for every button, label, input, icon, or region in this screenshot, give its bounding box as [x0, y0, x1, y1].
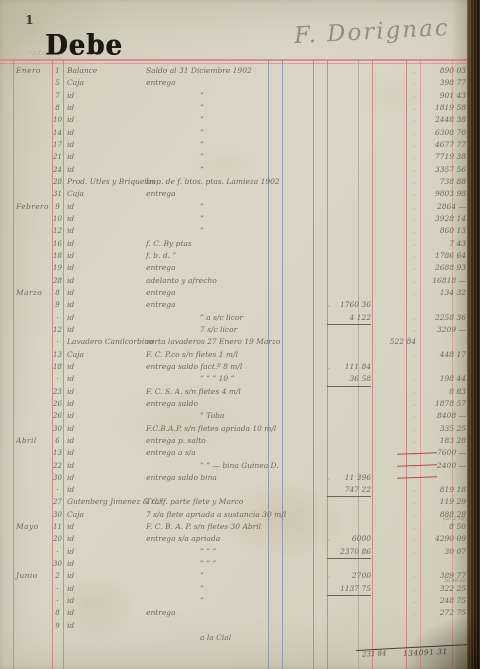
day-number: 9: [51, 201, 64, 213]
header-rule-bottom: [0, 63, 467, 64]
amount: 7600 —: [423, 447, 466, 459]
tick-mark: ,: [409, 324, 420, 336]
tick-mark: ,: [409, 398, 420, 410]
account-name: id: [67, 139, 145, 151]
day-number: ·: [51, 336, 64, 348]
account-name: id: [67, 435, 145, 447]
account-name: id: [67, 595, 145, 607]
day-number: 30: [51, 423, 64, 435]
ledger-row: 26 id ” Toba , 8408 —: [0, 410, 480, 422]
ledger-row: 30 id ” ” ”: [0, 558, 480, 570]
tick-mark: ,: [409, 90, 420, 102]
tick-mark: ,: [409, 213, 420, 225]
entry-description: ”: [146, 102, 386, 114]
ledger-row: 20 id entrega s/a apriada , 6000 , 4290 …: [0, 533, 480, 545]
day-number: 26: [51, 410, 64, 422]
amount: 7719 38: [423, 151, 466, 163]
total-sub-amount: 231 84: [362, 649, 387, 658]
tick-mark: ,: [409, 386, 420, 398]
account-name: id: [67, 546, 145, 558]
day-number: 19: [51, 262, 64, 274]
tick-mark: ,: [409, 460, 420, 472]
entry-description: entrega: [146, 287, 332, 299]
tick-mark: ,: [409, 373, 420, 385]
tick-mark: ,: [409, 250, 420, 262]
sub-amount: 36 58: [327, 373, 371, 386]
tick-mark: ,: [409, 312, 420, 324]
ledger-row: 16 id f. C. By ptas , 7 43: [0, 238, 480, 250]
entry-description: zorta lavaderos 27 Enero 19 Marzo: [146, 336, 332, 348]
amount: 4290 09: [423, 533, 466, 545]
tick-mark: ,: [409, 262, 420, 274]
amount: 134 32: [423, 287, 466, 299]
amount: 2258 36: [423, 312, 466, 324]
ledger-row: 27 Gutenberg Jimenez & C.ª Trasf. parte …: [0, 496, 480, 508]
tick-mark: ,: [409, 607, 420, 619]
day-number: 17: [51, 139, 64, 151]
amount: 322 25: [423, 583, 466, 595]
sub-amount: 2370 86: [327, 546, 371, 559]
amount: 2400 —: [423, 460, 466, 472]
account-name: Caja: [67, 188, 145, 200]
account-name: id: [67, 102, 145, 114]
tick-mark: ,: [409, 127, 420, 139]
ledger-row: Febrero 9 id ” , 2864 —: [0, 201, 480, 213]
entry-description: ”: [146, 114, 386, 126]
tick-mark: ,: [409, 496, 420, 508]
day-number: 22: [51, 460, 64, 472]
entry-description: Trasf. parte flete y Marco: [146, 496, 332, 508]
account-name: id: [67, 127, 145, 139]
account-name: id: [67, 225, 145, 237]
ledger-row: · id 747 22 , 819 18: [0, 484, 480, 496]
ledger-row: 13 id entrega a s/a , 7600 —: [0, 447, 480, 459]
day-number: 14: [51, 127, 64, 139]
entry-description: entrega saldo bina: [146, 472, 332, 484]
ledger-row: 31 Caja entrega , 9803 98: [0, 188, 480, 200]
ledger-row: 26 id entrega saldo , 1878 57: [0, 398, 480, 410]
sub-amount: 6000: [327, 533, 371, 545]
day-number: 6: [51, 435, 64, 447]
day-number: 23: [51, 386, 64, 398]
tick-mark: ,: [409, 484, 420, 496]
tick-mark: ,: [409, 201, 420, 213]
ledger-row: 5 Caja entrega , 398 77: [0, 77, 480, 89]
ledger-row: Abril 6 id entrega p. salto , 183 28: [0, 435, 480, 447]
entry-description: entrega p. salto: [146, 435, 332, 447]
ledger-row: · id ” , 248 75: [0, 595, 480, 607]
entry-description: entrega s/a apriada: [146, 533, 332, 545]
tick-mark: ,: [409, 238, 420, 250]
entry-description: F. C. P.co s/n fletes 1 m/l: [146, 349, 332, 361]
account-name: id: [67, 262, 145, 274]
day-number: 24: [51, 164, 64, 176]
amount: 890 03: [423, 65, 466, 77]
month-label: Febrero: [16, 201, 52, 213]
account-name: Caja: [67, 77, 145, 89]
entry-description: ” ” — bina Guinea D.: [146, 460, 386, 472]
account-name: Caja: [67, 349, 145, 361]
tick-mark: ,: [409, 188, 420, 200]
ledger-row: 12 id ” , 860 13: [0, 225, 480, 237]
account-name: id: [67, 324, 145, 336]
account-name: Balance: [67, 65, 145, 77]
day-number: 7: [51, 90, 64, 102]
amount: 398 77: [423, 77, 466, 89]
tick-mark: ,: [409, 287, 420, 299]
amount: 8 50: [423, 521, 466, 533]
entry-description: adelanto y afrecho: [146, 275, 332, 287]
entry-description: entrega: [146, 607, 332, 619]
sub-amount: 1760 36: [327, 299, 371, 311]
account-name: id: [67, 472, 145, 484]
account-name: id: [67, 114, 145, 126]
account-name: Caja: [67, 509, 145, 521]
amount: 3928 14: [423, 213, 466, 225]
ledger-row: 10 id ” , 3928 14: [0, 213, 480, 225]
ledger-row: 17 id ” , 4677 77: [0, 139, 480, 151]
day-number: 30: [51, 509, 64, 521]
tick-mark: ,: [409, 546, 420, 558]
day-number: 8: [51, 102, 64, 114]
tick-mark: ,: [409, 595, 420, 607]
day-number: 21: [51, 151, 64, 163]
entry-description: entrega: [146, 262, 332, 274]
ledger-row: 22 id ” ” — bina Guinea D. , 2400 —: [0, 460, 480, 472]
tick-mark: ,: [409, 509, 420, 521]
ledger-row: a la Cial: [0, 632, 480, 644]
amount: 8 83: [423, 386, 466, 398]
day-number: 18: [51, 250, 64, 262]
ledger-row: 24 id ” , 3357 56: [0, 164, 480, 176]
day-number: 28: [51, 176, 64, 188]
month-label: Abril: [16, 435, 52, 447]
ledger-row: 14 id ” , 6308 70: [0, 127, 480, 139]
account-name: id: [67, 570, 145, 582]
ledger-row: · id ” 1137 75 , 322 25: [0, 583, 480, 595]
entry-description: F. C. B. A. P. s/n fletes 30 Abril: [146, 521, 332, 533]
amount: 4677 77: [423, 139, 466, 151]
entry-description: ”: [146, 213, 386, 225]
ledger-row: · Lavadero Canilcorbino zorta lavaderos …: [0, 336, 480, 348]
account-name: id: [67, 484, 145, 496]
ledger-row: Enero 1 Balance Saldo al 31 Diciembre 19…: [0, 65, 480, 77]
account-name: id: [67, 312, 145, 324]
tick-mark: ,: [409, 77, 420, 89]
account-name: id: [67, 521, 145, 533]
account-name: id: [67, 373, 145, 385]
ledger-row: Junio 2 id ” , 2700 , 389 77 56 49 82: [0, 570, 480, 582]
entry-description: entrega saldo fact.º 8 m/l: [146, 361, 332, 373]
account-name: id: [67, 583, 145, 595]
amount: 738 88: [423, 176, 466, 188]
tick-mark: ,: [409, 176, 420, 188]
day-number: 2: [51, 570, 64, 582]
ledger-row: · id ” ” ” 10 ” 36 58 , 198 44: [0, 373, 480, 385]
entry-description: 7 s/c licor: [146, 324, 386, 336]
day-number: 8: [51, 287, 64, 299]
day-number: 9: [51, 299, 64, 311]
ledger-row: 13 Caja F. C. P.co s/n fletes 1 m/l , 44…: [0, 349, 480, 361]
entry-description: ” Toba: [146, 410, 386, 422]
day-number: ·: [51, 583, 64, 595]
entry-description: ”: [146, 225, 386, 237]
sub-amount: 4 122: [327, 312, 371, 325]
tick-mark: ,: [409, 435, 420, 447]
ledger-row: 10 id ” , 2448 38: [0, 114, 480, 126]
account-name: id: [67, 558, 145, 570]
ledger-rows: Enero 1 Balance Saldo al 31 Diciembre 19…: [0, 65, 480, 644]
sub-amount-2: 522 84: [372, 336, 416, 348]
amount: 335 25: [423, 423, 466, 435]
sub-amount: 111 84: [327, 361, 371, 373]
account-name: id: [67, 533, 145, 545]
day-number: 27: [51, 496, 64, 508]
account-name: id: [67, 398, 145, 410]
day-number: 1: [51, 65, 64, 77]
tick-mark: ,: [409, 521, 420, 533]
amount: 183 28: [423, 435, 466, 447]
tick-mark: ,: [409, 423, 420, 435]
month-label: Marzo: [16, 287, 52, 299]
account-name: id: [67, 201, 145, 213]
entry-description: Saldo al 31 Diciembre 1902: [146, 65, 332, 77]
account-holder-name: F. Dorignac: [293, 15, 450, 49]
tick-mark: ,: [409, 114, 420, 126]
ledger-row: 8 id ” , 1819 58: [0, 102, 480, 114]
ledger-page: 1 Debe F. Dorignac 7353 Enero 1 Balance …: [0, 0, 480, 669]
amount: 198 44: [423, 373, 466, 385]
amount: 901 43: [423, 90, 466, 102]
amount: 2448 38: [423, 114, 466, 126]
amount: 248 75: [423, 595, 466, 607]
book-page-edge: [467, 0, 480, 669]
day-number: 28: [51, 275, 64, 287]
day-number: ·: [51, 546, 64, 558]
entry-description: entrega a s/a: [146, 447, 332, 459]
month-label: Enero: [16, 65, 52, 77]
account-name: id: [67, 447, 145, 459]
entry-description: ”: [146, 127, 386, 139]
day-number: 18: [51, 361, 64, 373]
entry-description: ”: [146, 164, 386, 176]
ledger-row: 18 id entrega saldo fact.º 8 m/l , 111 8…: [0, 361, 480, 373]
day-number: 10: [51, 213, 64, 225]
month-label: Junio: [16, 570, 52, 582]
month-label: Mayo: [16, 521, 52, 533]
ledger-row: 8 id entrega , 272 75: [0, 607, 480, 619]
amount: 2688 93: [423, 262, 466, 274]
account-name: id: [67, 238, 145, 250]
day-number: 30: [51, 472, 64, 484]
account-name: id: [67, 361, 145, 373]
day-number: 8: [51, 607, 64, 619]
tick-mark: ,: [409, 583, 420, 595]
day-number: 5: [51, 77, 64, 89]
tick-mark: ,: [409, 275, 420, 287]
amount: 9803 98: [423, 188, 466, 200]
account-name: Gutenberg Jimenez & C.ª: [67, 496, 145, 508]
day-number: ·: [51, 373, 64, 385]
day-number: 13: [51, 349, 64, 361]
amount: 448 17: [423, 349, 466, 361]
entry-description: ” ” ”: [146, 558, 386, 570]
entry-description: entrega: [146, 77, 332, 89]
tick-mark: ,: [409, 447, 420, 459]
account-name: id: [67, 299, 145, 311]
tick-mark: ,: [409, 410, 420, 422]
entry-description: ”: [146, 139, 386, 151]
account-name: id: [67, 287, 145, 299]
ledger-row: 30 id entrega saldo bina , 11 396: [0, 472, 480, 484]
tick-mark: ,: [409, 151, 420, 163]
day-number: 13: [51, 447, 64, 459]
tick-mark: ,: [409, 349, 420, 361]
sub-amount: 1137 75: [327, 583, 371, 596]
tick-mark: ,: [409, 164, 420, 176]
entry-description: a la Cial: [146, 632, 386, 644]
amount: 1819 58: [423, 102, 466, 114]
entry-description: F.C.B.A.P. s/n fletes apriada 10 m/l: [146, 423, 332, 435]
account-name: id: [67, 423, 145, 435]
ledger-row: · id ” ” ” 2370 86 , 30 07: [0, 546, 480, 558]
sub-amount: 747 22: [327, 484, 371, 497]
sub-amount: 11 396: [327, 472, 371, 484]
entry-description: Imp. de f. btos. ptas. Lamieza 1902: [146, 176, 332, 188]
account-name: id: [67, 275, 145, 287]
day-number: 10: [51, 114, 64, 126]
ledger-row: · id ” a s/c licor 4 122 , 2258 36: [0, 312, 480, 324]
entry-description: ”: [146, 201, 386, 213]
ledger-row: 23 id F. C. S. A. s/n fletes 4 m/l , 8 8…: [0, 386, 480, 398]
tick-mark: ,: [409, 225, 420, 237]
entry-description: f. b. d. ”: [146, 250, 332, 262]
day-number: ·: [51, 595, 64, 607]
account-name: id: [67, 250, 145, 262]
day-number: 26: [51, 398, 64, 410]
account-name: Prod. Utles y Briquetas: [67, 176, 145, 188]
tick-mark: ,: [409, 139, 420, 151]
sub-amount: 2700: [327, 570, 371, 582]
ledger-row: Mayo 11 id F. C. B. A. P. s/n fletes 30 …: [0, 521, 480, 533]
entry-description: ”: [146, 595, 386, 607]
account-name: id: [67, 386, 145, 398]
day-number: ·: [51, 484, 64, 496]
amount: 16818 —: [423, 275, 466, 287]
tick-mark: ,: [409, 533, 420, 545]
day-number: 16: [51, 238, 64, 250]
account-name: id: [67, 410, 145, 422]
ledger-row: 28 Prod. Utles y Briquetas Imp. de f. bt…: [0, 176, 480, 188]
amount: 819 18: [423, 484, 466, 496]
amount: 1878 57: [423, 398, 466, 410]
ledger-row: Marzo 8 id entrega , 134 32: [0, 287, 480, 299]
tick-mark: ,: [409, 102, 420, 114]
amount: 860 13: [423, 225, 466, 237]
day-number: ·: [51, 312, 64, 324]
ledger-row: 30 id F.C.B.A.P. s/n fletes apriada 10 m…: [0, 423, 480, 435]
entry-description: F. C. S. A. s/n fletes 4 m/l: [146, 386, 332, 398]
tick-mark: ,: [409, 65, 420, 77]
ledger-row: 19 id entrega , 2688 93: [0, 262, 480, 274]
day-number: 30: [51, 558, 64, 570]
entry-description: f. C. By ptas: [146, 238, 332, 250]
ledger-row: 9 id entrega , 1760 36: [0, 299, 480, 311]
account-name: id: [67, 213, 145, 225]
page-number: 1: [25, 12, 34, 27]
amount: 6308 70: [423, 127, 466, 139]
amount: 119 29: [423, 496, 466, 508]
day-number: 11: [51, 521, 64, 533]
entry-description: entrega saldo: [146, 398, 332, 410]
page-title-debe: Debe: [45, 30, 123, 62]
day-number: 12: [51, 225, 64, 237]
amount: 1786 64: [423, 250, 466, 262]
account-name: Lavadero Canilcorbino: [67, 336, 145, 348]
account-name: id: [67, 620, 145, 632]
day-number: 12: [51, 324, 64, 336]
account-name: id: [67, 164, 145, 176]
tick-mark: ,: [409, 570, 420, 582]
account-name: id: [67, 460, 145, 472]
amount: 272 75: [423, 607, 466, 619]
ledger-row: 12 id 7 s/c licor , 3209 —: [0, 324, 480, 336]
total-main-amount: 134091 31: [403, 647, 448, 658]
faint-pencil-notation: 7353: [28, 51, 46, 57]
entry-description: entrega: [146, 299, 332, 311]
day-number: 31: [51, 188, 64, 200]
amount: 3209 —: [423, 324, 466, 336]
account-name: id: [67, 151, 145, 163]
ledger-row: 7 id ” , 901 43: [0, 90, 480, 102]
entry-description: entrega: [146, 188, 332, 200]
account-name: id: [67, 607, 145, 619]
amount: 30 07: [423, 546, 466, 558]
account-name: id: [67, 90, 145, 102]
ledger-row: 18 id f. b. d. ” , 1786 64: [0, 250, 480, 262]
amount: 3357 56: [423, 164, 466, 176]
day-number: 20: [51, 533, 64, 545]
amount: 8408 —: [423, 410, 466, 422]
day-number: 9: [51, 620, 64, 632]
ledger-row: 28 id adelanto y afrecho , 16818 —: [0, 275, 480, 287]
ledger-row: 21 id ” , 7719 38: [0, 151, 480, 163]
entry-description: 7 s/a flete apriada a sustancia 30 m/l: [146, 509, 332, 521]
ledger-row: 30 Caja 7 s/a flete apriada a sustancia …: [0, 509, 480, 521]
entry-description: ”: [146, 151, 386, 163]
amount: 2864 —: [423, 201, 466, 213]
amount: 7 43: [423, 238, 466, 250]
ledger-row: 9 id: [0, 620, 480, 632]
entry-description: ”: [146, 90, 386, 102]
